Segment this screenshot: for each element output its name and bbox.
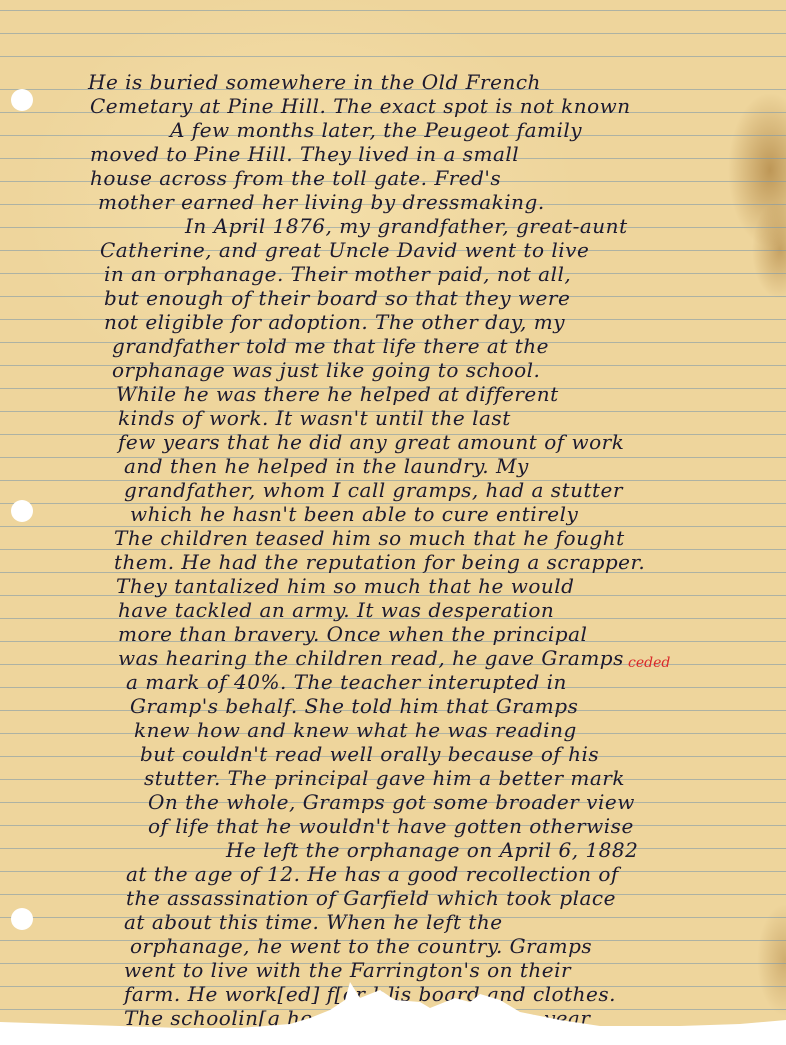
- red-correction: ceded: [628, 655, 670, 671]
- text-line: which he hasn't been able to cure entire…: [130, 502, 578, 526]
- text-line: more than bravery. Once when the princip…: [118, 622, 587, 646]
- text-line: They tantalized him so much that he woul…: [116, 574, 574, 598]
- punch-hole: [11, 908, 33, 930]
- text-line: mother earned her living by dressmaking.: [98, 190, 545, 214]
- text-line: a mark of 40%. The teacher interupted in: [126, 670, 567, 694]
- text-line: grandfather told me that life there at t…: [112, 334, 549, 358]
- text-line: The children teased him so much that he …: [114, 526, 625, 550]
- text-line: orphanage was just like going to school.: [112, 358, 540, 382]
- text-line: of life that he wouldn't have gotten oth…: [148, 814, 634, 838]
- text-line: at the age of 12. He has a good recollec…: [126, 862, 619, 886]
- text-line: kinds of work. It wasn't until the last: [118, 406, 511, 430]
- text-line: but enough of their board so that they w…: [104, 286, 570, 310]
- text-line: them. He had the reputation for being a …: [114, 550, 645, 574]
- text-line: not eligible for adoption. The other day…: [104, 310, 565, 334]
- text-line: knew how and knew what he was reading: [134, 718, 577, 742]
- notebook-page: He is buried somewhere in the Old French…: [0, 0, 786, 1045]
- text-line: few years that he did any great amount o…: [118, 430, 624, 454]
- text-line: grandfather, whom I call gramps, had a s…: [124, 478, 623, 502]
- torn-edge: [0, 960, 786, 1045]
- text-line: Catherine, and great Uncle David went to…: [100, 238, 589, 262]
- text-line: in an orphanage. Their mother paid, not …: [104, 262, 571, 286]
- text-line: and then he helped in the laundry. My: [124, 454, 529, 478]
- punch-hole: [11, 89, 33, 111]
- text-line: the assassination of Garfield which took…: [126, 886, 616, 910]
- text-line: A few months later, the Peugeot family: [170, 118, 582, 142]
- text-line: On the whole, Gramps got some broader vi…: [148, 790, 635, 814]
- text-line: was hearing the children read, he gave G…: [118, 646, 624, 670]
- text-line: moved to Pine Hill. They lived in a smal…: [90, 142, 519, 166]
- text-line: While he was there he helped at differen…: [116, 382, 559, 406]
- text-line: In April 1876, my grandfather, great-aun…: [185, 214, 628, 238]
- text-line: He left the orphanage on April 6, 1882: [226, 838, 638, 862]
- punch-hole: [11, 500, 33, 522]
- text-line: stutter. The principal gave him a better…: [144, 766, 625, 790]
- text-line: house across from the toll gate. Fred's: [90, 166, 501, 190]
- text-line: have tackled an army. It was desperation: [118, 598, 554, 622]
- text-line: Gramp's behalf. She told him that Gramps: [130, 694, 578, 718]
- text-line: at about this time. When he left the: [124, 910, 503, 934]
- text-line: Cemetary at Pine Hill. The exact spot is…: [90, 94, 631, 118]
- text-line: He is buried somewhere in the Old French: [88, 70, 541, 94]
- text-line: but couldn't read well orally because of…: [140, 742, 599, 766]
- text-line: orphanage, he went to the country. Gramp…: [130, 934, 592, 958]
